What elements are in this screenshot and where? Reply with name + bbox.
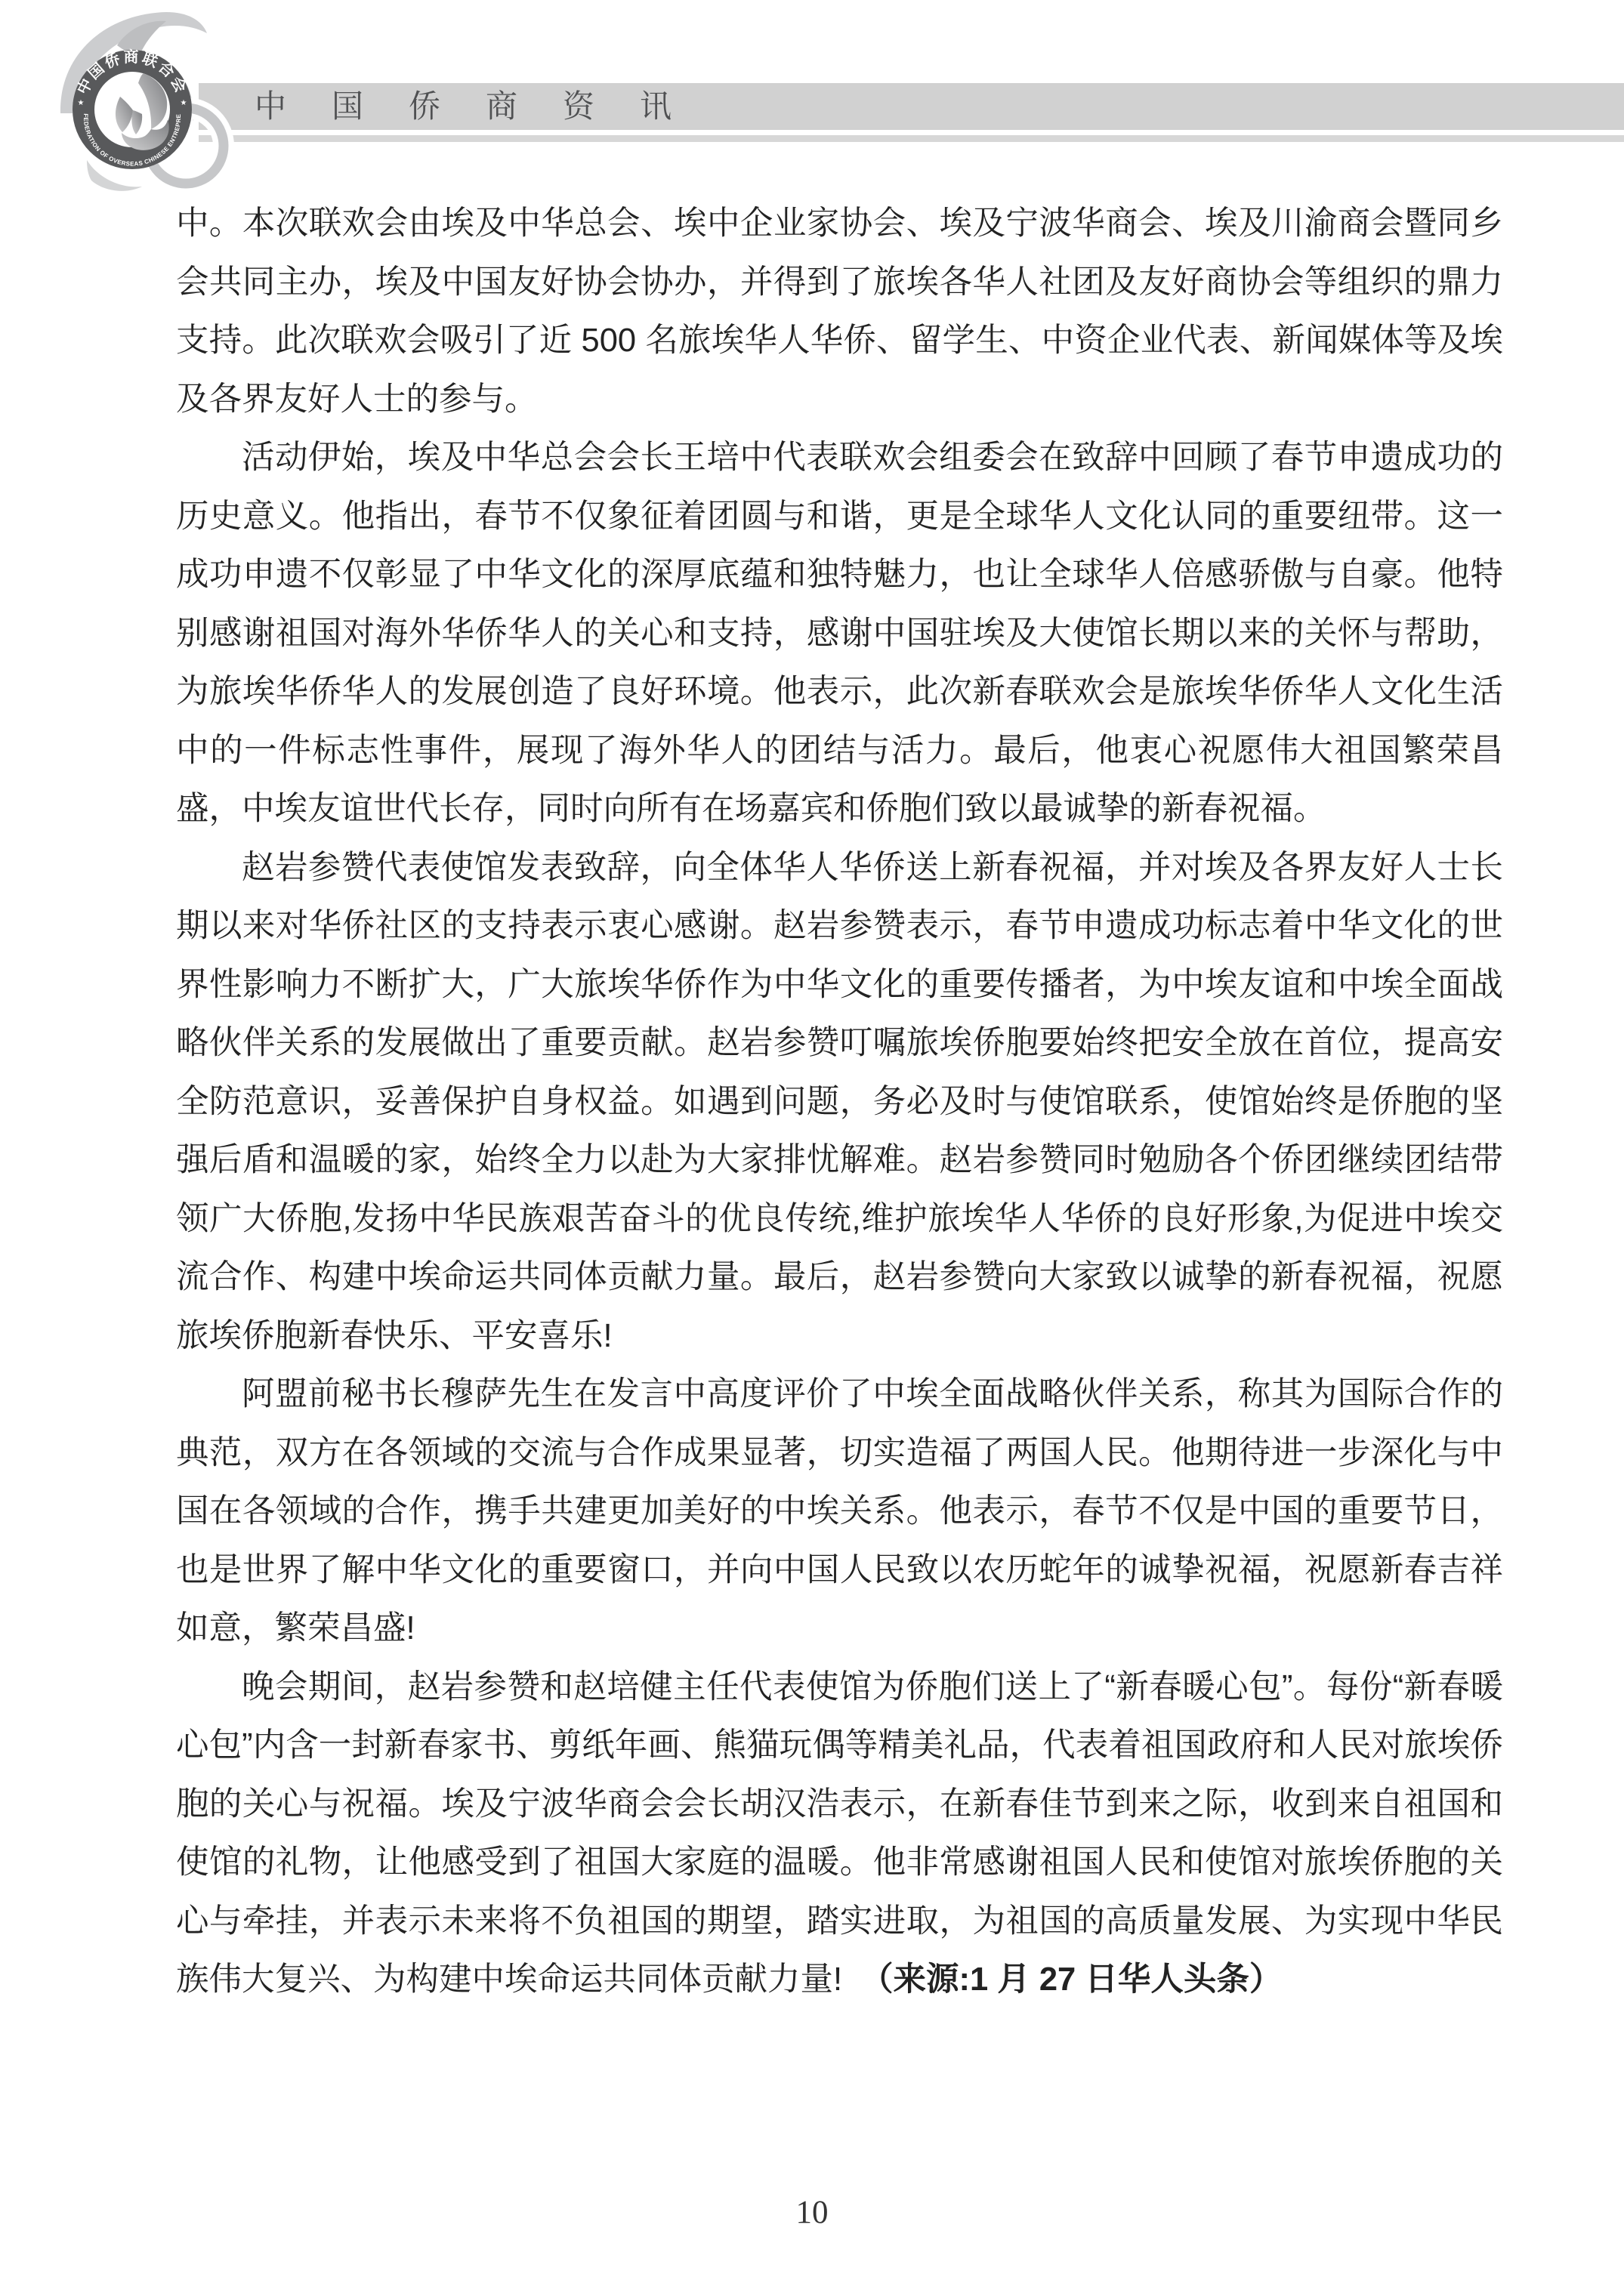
article-paragraph: 赵岩参赞代表使馆发表致辞，向全体华人华侨送上新春祝福，并对埃及各界友好人士长期以… [176, 839, 1503, 1366]
document-page: 中国侨商资讯 [0, 0, 1624, 2293]
org-logo-emblem: 中国侨商联合会 CHINA FEDERATION OF OVERSEAS CHI… [15, 0, 264, 242]
page-number: 10 [796, 2195, 829, 2230]
page-footer: 10 [0, 2194, 1624, 2231]
header-banner-bar: 中国侨商资讯 [199, 83, 1624, 130]
article-paragraph: 活动伊始，埃及中华总会会长王培中代表联欢会组委会在致辞中回顾了春节申遗成功的历史… [176, 429, 1503, 839]
logo-star-left-icon: ★ [78, 99, 85, 107]
paragraph-text: 阿盟前秘书长穆萨先生在发言中高度评价了中埃全面战略伙伴关系，称其为国际合作的典范… [176, 1376, 1503, 1646]
header-banner-title: 中国侨商资讯 [255, 83, 1624, 130]
header-banner-underline [199, 135, 1624, 142]
logo-star-right-icon: ★ [181, 99, 187, 107]
paragraph-text: 中。本次联欢会由埃及中华总会、埃中企业家协会、埃及宁波华商会、埃及川渝商会暨同乡… [176, 205, 1503, 418]
article-paragraph: 阿盟前秘书长穆萨先生在发言中高度评价了中埃全面战略伙伴关系，称其为国际合作的典范… [176, 1366, 1503, 1659]
paragraph-text: 活动伊始，埃及中华总会会长王培中代表联欢会组委会在致辞中回顾了春节申遗成功的历史… [176, 440, 1503, 827]
paragraph-text: 赵岩参赞代表使馆发表致辞，向全体华人华侨送上新春祝福，并对埃及各界友好人士长期以… [176, 850, 1503, 1354]
org-logo: 中国侨商联合会 CHINA FEDERATION OF OVERSEAS CHI… [15, 0, 264, 242]
paragraph-text: 晚会期间，赵岩参赞和赵培健主任代表使馆为侨胞们送上了“新春暖心包”。每份“新春暖… [176, 1669, 1503, 1998]
article-body: 中。本次联欢会由埃及中华总会、埃中企业家协会、埃及宁波华商会、埃及川渝商会暨同乡… [176, 195, 1503, 2010]
source-credit: （来源:1 月 27 日华人头条） [860, 1961, 1282, 1998]
article-paragraph: 中。本次联欢会由埃及中华总会、埃中企业家协会、埃及宁波华商会、埃及川渝商会暨同乡… [176, 195, 1503, 429]
article-paragraph: 晚会期间，赵岩参赞和赵培健主任代表使馆为侨胞们送上了“新春暖心包”。每份“新春暖… [176, 1659, 1503, 2010]
